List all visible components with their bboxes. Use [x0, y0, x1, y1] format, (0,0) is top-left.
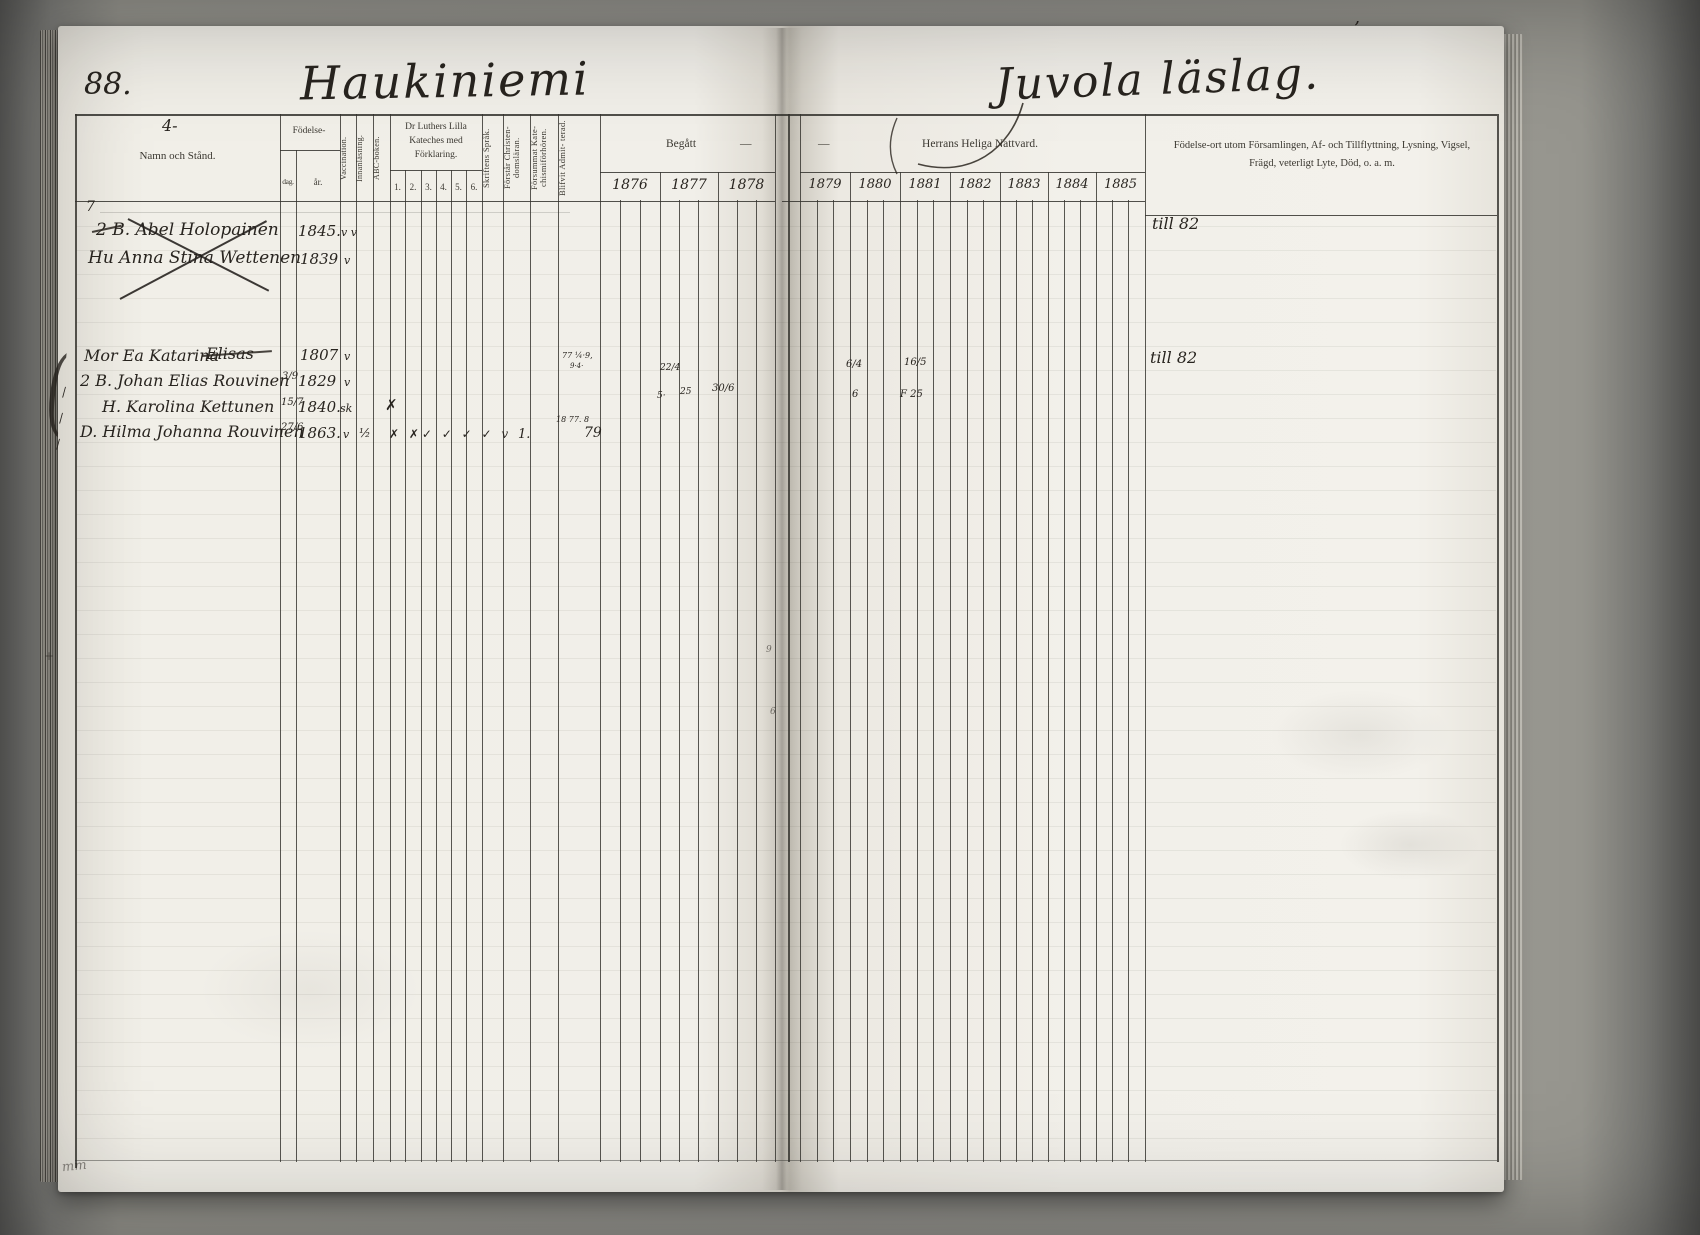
exam-date-mark: 77 ¼·9, — [562, 352, 593, 360]
column-line — [280, 114, 281, 1162]
catechism-col-4: 4. — [436, 182, 451, 192]
column-line — [340, 114, 341, 1162]
catechism-col-1: 1. — [390, 182, 405, 192]
reading-column-header: Innanläsning. — [356, 117, 373, 199]
column-line — [1096, 172, 1097, 1162]
faint-row-rule — [76, 418, 1496, 419]
faint-row-rule — [76, 1138, 1496, 1139]
column-line — [558, 114, 559, 1162]
communion-date-mark: 6/4 — [846, 360, 862, 370]
exam-date-mark: 9·4· — [570, 363, 583, 370]
column-line — [600, 114, 601, 1162]
catechism-group-header-line2: Kateches med — [390, 136, 482, 147]
birth-group-header: Födelse- — [278, 126, 340, 137]
communion-date-mark: 30/6 — [712, 384, 734, 394]
faint-row-rule — [76, 1090, 1496, 1091]
year-header-1883: 1883 — [1000, 178, 1048, 191]
faint-row-rule — [76, 514, 1496, 515]
entry-birth-year: 1829 — [298, 374, 336, 389]
column-line — [482, 114, 483, 1162]
column-line — [718, 172, 719, 1162]
column-line — [1497, 114, 1499, 1162]
column-line — [503, 114, 504, 1162]
faint-row-rule — [76, 682, 1496, 683]
fold-ink-mark: 9 — [766, 646, 772, 655]
column-line — [1000, 172, 1001, 1162]
entry-admitted-year: 79 — [584, 426, 602, 440]
year-header-1885: 1885 — [1096, 178, 1145, 191]
entry-catechism-mark: ✗ — [385, 398, 398, 413]
catechism-col-3: 3. — [421, 182, 436, 192]
left-page-title: Haukiniemi — [300, 55, 590, 106]
name-column-header: Namn och Stånd. — [75, 150, 280, 163]
birth-day-header: dag. — [279, 178, 297, 187]
faint-row-rule — [76, 466, 1496, 467]
header-line — [600, 172, 775, 173]
header-line — [782, 201, 1145, 202]
scanned-book-spread: 88. Haukiniemi Juvola läslag. ’ 4- Namn … — [0, 0, 1700, 1235]
vaccination-column-header: Vaccination. — [340, 117, 356, 199]
communion-left-label: Begått — [666, 138, 696, 151]
birth-year-header: år. — [296, 177, 340, 187]
year-header-1884: 1884 — [1048, 178, 1096, 191]
header-line — [75, 114, 1497, 116]
header-line — [280, 150, 340, 151]
column-line — [1048, 172, 1049, 1162]
year-header-1879: 1879 — [800, 178, 850, 191]
faint-row-rule — [76, 322, 1496, 323]
faint-row-rule — [76, 1114, 1496, 1115]
header-line — [390, 170, 482, 171]
entry-birth-day: 3/9 — [282, 372, 298, 382]
faint-row-rule — [76, 562, 1496, 563]
admitted-column-header: Blifvit Admit- terad. — [558, 117, 600, 199]
margin-plus-mark: + — [44, 650, 54, 662]
faint-row-rule — [76, 922, 1496, 923]
notes-column-header-line1: Födelse-ort utom Församlingen, Af- och T… — [1152, 140, 1492, 152]
faint-row-rule — [76, 826, 1496, 827]
column-line — [850, 172, 851, 1162]
column-line — [451, 170, 452, 1162]
column-line — [530, 114, 531, 1162]
year-header-1881: 1881 — [900, 178, 950, 191]
faint-row-rule — [76, 538, 1496, 539]
entry-catechism-marks: ✗ ✗✓ ✓ ✓ ✓ v — [389, 428, 511, 440]
margin-mark: 7 — [86, 200, 95, 214]
fold-ink-mark: 6 — [770, 708, 776, 717]
year-header-1880: 1880 — [850, 178, 900, 191]
header-line — [75, 1160, 1497, 1161]
column-line — [950, 172, 951, 1162]
column-line — [75, 114, 77, 1168]
faint-row-rule — [76, 298, 1496, 299]
column-line — [800, 114, 801, 1162]
entry-birth-year: 1807 — [300, 348, 338, 363]
column-line — [775, 114, 776, 1162]
entry-birth-year: 1839 — [300, 252, 338, 267]
entry-name: H. Karolina Kettunen — [102, 399, 274, 415]
faint-row-rule — [76, 634, 1496, 635]
catechism-col-2: 2. — [405, 182, 421, 192]
entry-birth-year: 1840. — [298, 400, 341, 415]
entry-vaccination-mark: sk — [340, 403, 352, 414]
faint-row-rule — [76, 1018, 1496, 1019]
faint-row-rule — [76, 754, 1496, 755]
faint-row-rule — [76, 274, 1496, 275]
column-line — [436, 170, 437, 1162]
column-line — [788, 114, 790, 1162]
header-line — [800, 172, 1145, 173]
column-line — [1145, 114, 1146, 1162]
year-header-1877: 1877 — [660, 178, 718, 192]
faint-row-rule — [76, 946, 1496, 947]
faint-row-rule — [76, 850, 1496, 851]
column-line — [405, 170, 406, 1162]
name-column-annotation: 4- — [162, 118, 178, 134]
entry-name: 2 B. Abel Holopainen — [96, 222, 279, 239]
column-line — [356, 114, 357, 1162]
year-header-1878: 1878 — [718, 178, 775, 192]
bottom-scribble: mm — [61, 1159, 87, 1175]
page-number: 88. — [84, 70, 132, 100]
faint-row-rule — [76, 442, 1496, 443]
right-page-title: Juvola läslag. — [994, 52, 1320, 107]
communion-left-dash: — — [740, 138, 752, 151]
communion-right-dash: — — [818, 138, 830, 151]
faint-row-rule — [76, 706, 1496, 707]
faint-row-rule — [76, 226, 1496, 227]
column-line — [466, 170, 467, 1162]
faint-row-rule — [76, 778, 1496, 779]
faint-row-rule — [76, 394, 1496, 395]
communion-date-mark: 22/4 — [660, 364, 680, 373]
entry-note: till 82 — [1152, 216, 1199, 232]
communion-date-mark: 16/5 — [904, 358, 926, 368]
header-line — [75, 201, 775, 202]
communion-date-mark: 6 — [852, 390, 858, 400]
catechism-col-6: 6. — [466, 182, 482, 192]
entry-reading-mark: ½ — [359, 427, 371, 439]
faint-row-rule — [76, 730, 1496, 731]
faint-row-rule — [76, 658, 1496, 659]
entry-note: till 82 — [1150, 350, 1197, 366]
communion-date-mark: 25 — [680, 388, 691, 397]
catechism-group-header-line1: Dr Luthers Lilla — [390, 122, 482, 133]
faint-row-rule — [76, 970, 1496, 971]
faint-row-rule — [76, 1042, 1496, 1043]
faint-row-rule — [76, 490, 1496, 491]
faint-row-rule — [76, 346, 1496, 347]
year-header-1882: 1882 — [950, 178, 1000, 191]
year-header-1876: 1876 — [600, 178, 660, 192]
column-line — [900, 172, 901, 1162]
faint-row-rule — [76, 898, 1496, 899]
neglected-column-header: Försummat Kate- chismiförhören. — [530, 117, 558, 199]
abc-book-column-header: ABC-boken. — [373, 117, 390, 199]
ditto-line — [100, 212, 570, 213]
faint-row-rule — [76, 994, 1496, 995]
communion-date-mark: 5· — [657, 392, 666, 401]
faint-row-rule — [76, 1066, 1496, 1067]
entry-birth-year: 1863. — [298, 426, 341, 441]
entry-name: Mor Ea Katarina — [84, 348, 219, 364]
entry-vaccination-mark: v — [344, 377, 350, 388]
entry-vaccination-mark: v — [344, 255, 350, 266]
scripture-column-header: Skriftens Språk. — [482, 117, 503, 199]
notes-column-header-line2: Frägd, veterligt Lyte, Död, o. a. m. — [1152, 158, 1492, 170]
communion-right-label: Herrans Heliga Nattvard. — [845, 138, 1115, 151]
exam-date-mark: 18 77. 8 — [556, 416, 589, 424]
faint-row-rule — [76, 802, 1496, 803]
column-line — [421, 170, 422, 1162]
column-line — [660, 172, 661, 1162]
ink-tick: ’ — [1354, 20, 1360, 38]
faint-row-rule — [76, 874, 1496, 875]
column-line — [373, 114, 374, 1162]
entry-understands-mark: 1. — [518, 428, 530, 441]
faint-row-rule — [76, 610, 1496, 611]
column-line — [390, 114, 391, 1162]
communion-date-mark: F 25 — [900, 390, 923, 400]
catechism-group-header-line3: Förklaring. — [390, 150, 482, 161]
catechism-col-5: 5. — [451, 182, 466, 192]
faint-row-rule — [76, 586, 1496, 587]
understands-column-header: Förstår Christen- domsläran. — [503, 117, 530, 199]
entry-name: D. Hilma Johanna Rouvinen — [80, 424, 304, 440]
entry-birth-year: 1845. — [298, 224, 341, 239]
entry-vaccination-mark: v — [344, 351, 350, 362]
entry-vaccination-mark: v v — [341, 227, 357, 238]
entry-name: 2 B. Johan Elias Rouvinen — [80, 373, 289, 389]
entry-vaccination-mark: v — [343, 429, 349, 440]
column-line — [296, 150, 297, 1162]
